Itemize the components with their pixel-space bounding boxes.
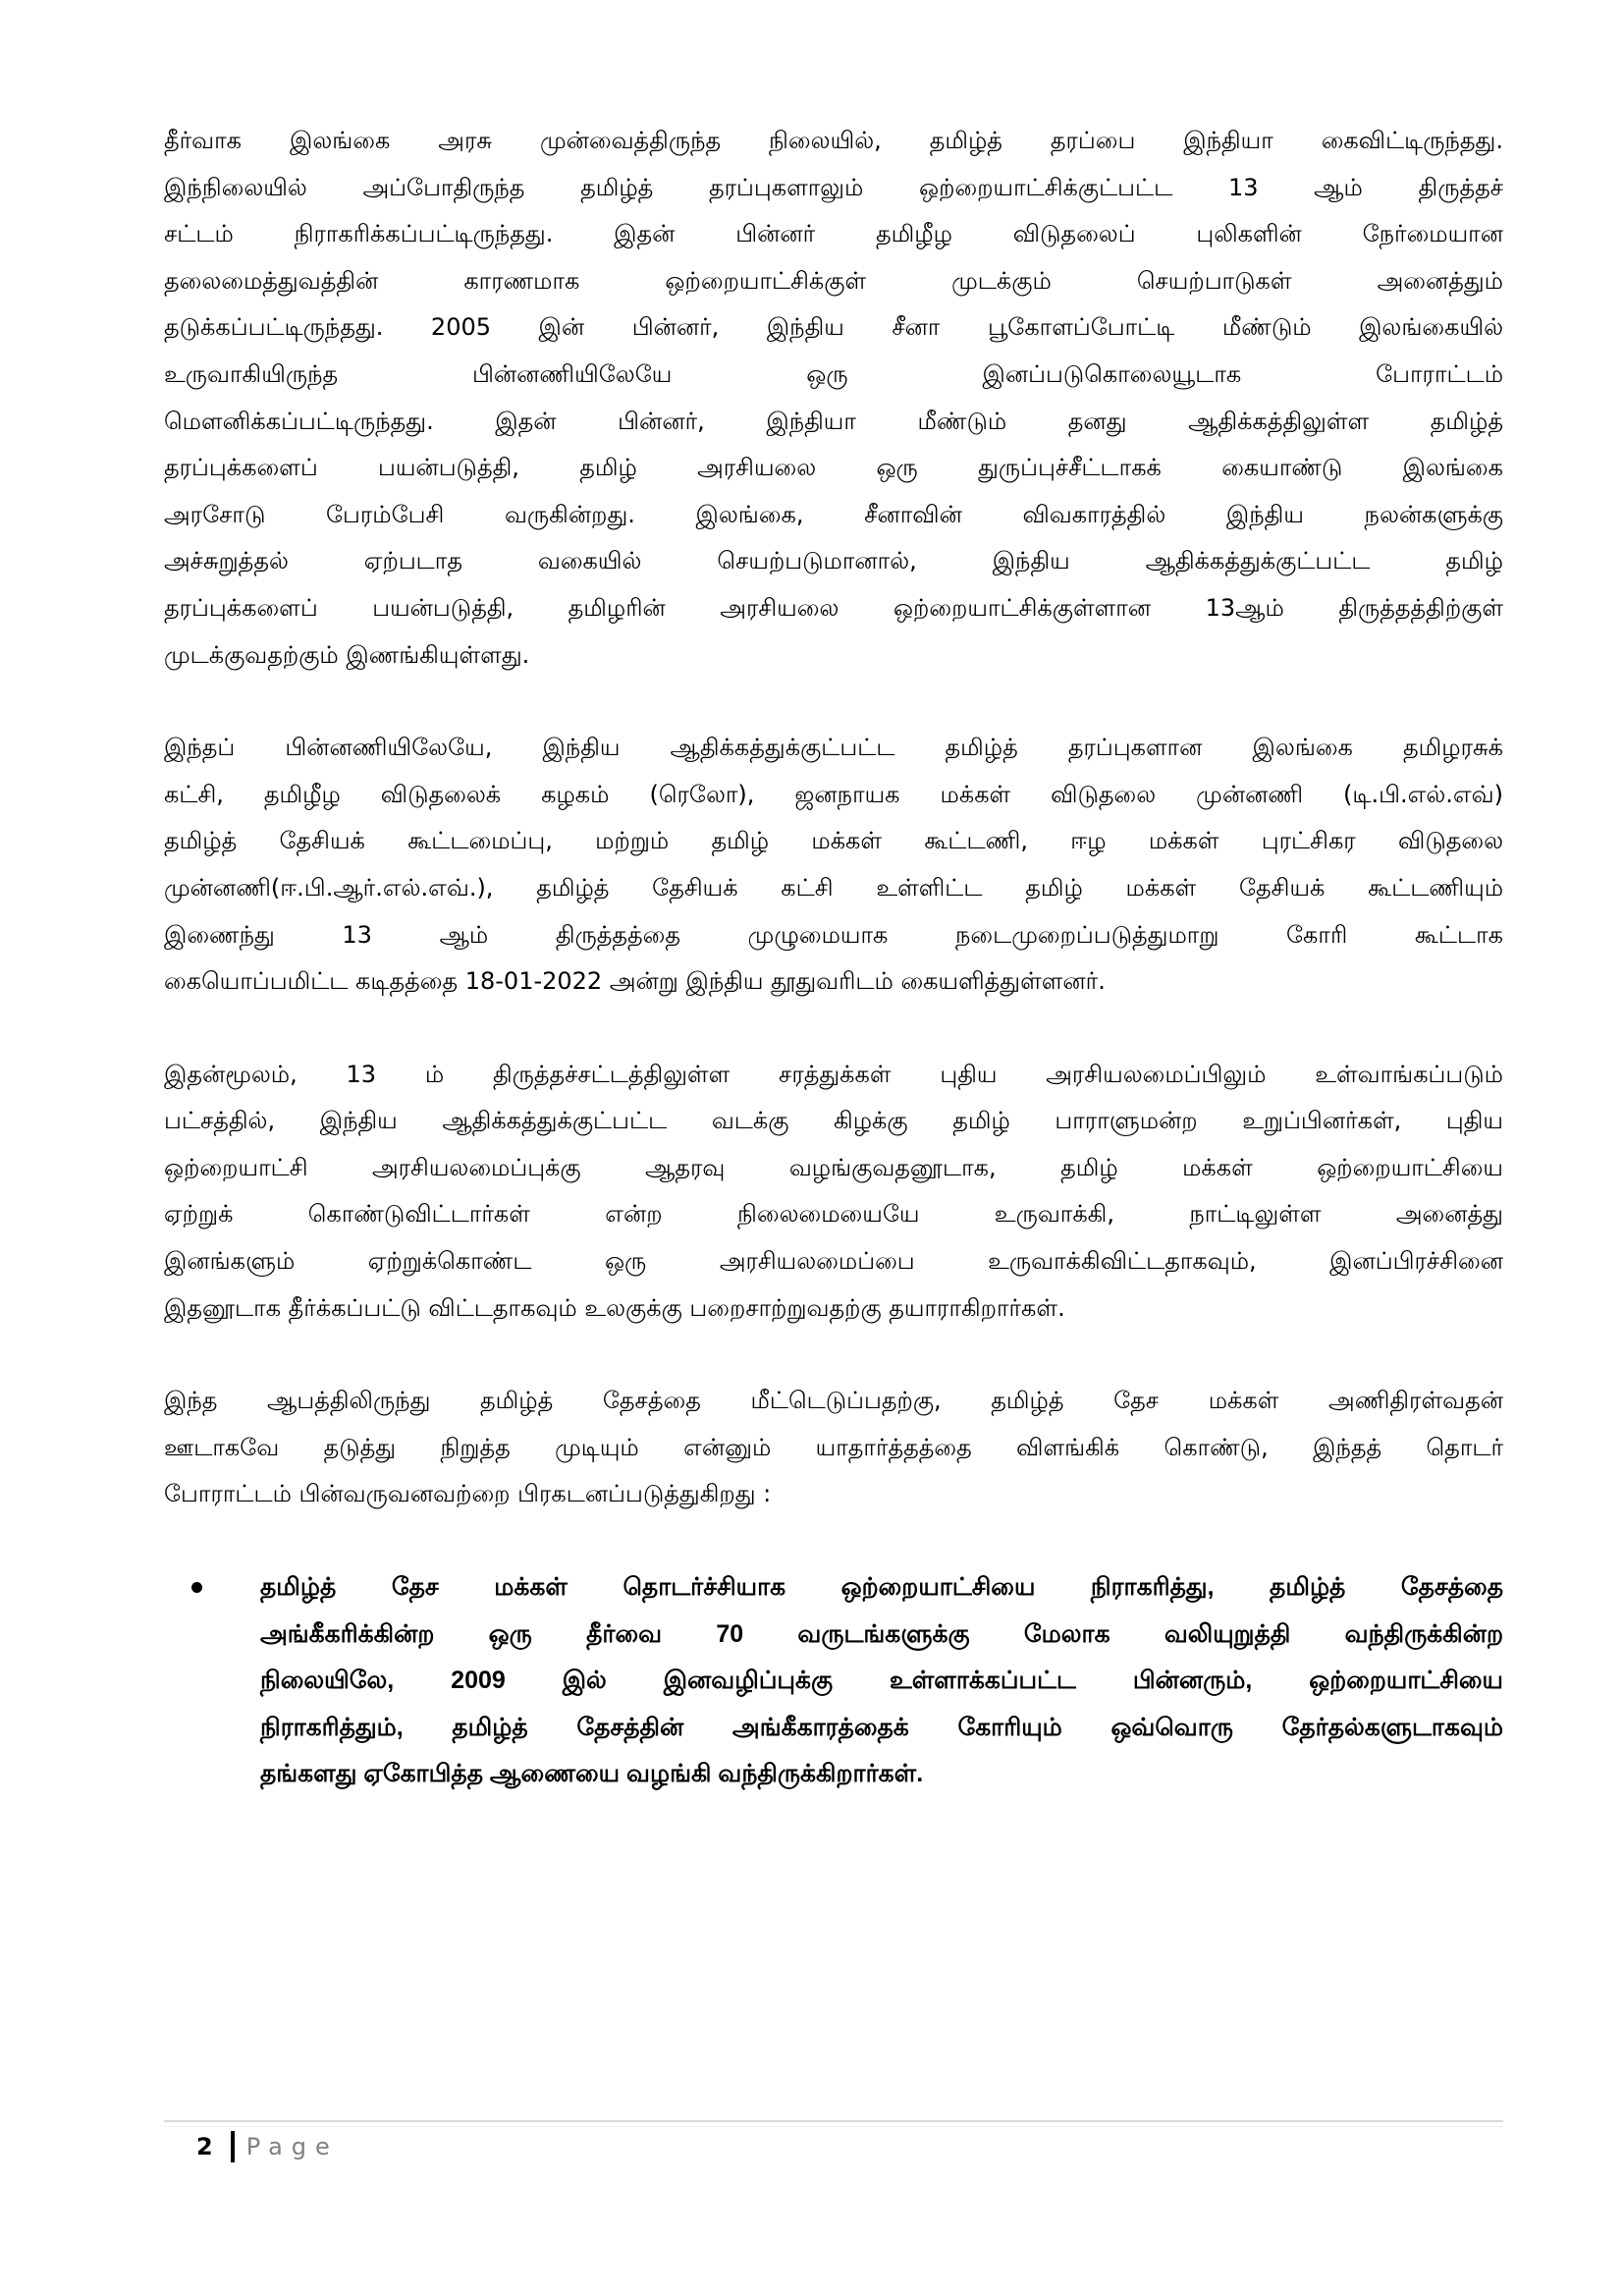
footer-separator	[231, 2131, 235, 2162]
text-line: அரசோடு பேரம்பேசி வருகின்றது. இலங்கை, சீன…	[164, 492, 1503, 539]
text-line: தங்களது ஏகோபித்த ஆணையை வழங்கி வந்திருக்க…	[260, 1751, 1503, 1798]
text-line: ஒற்றையாட்சி அரசியலமைப்புக்கு ஆதரவு வழங்க…	[164, 1145, 1503, 1192]
text-line: தரப்புக்களைப் பயன்படுத்தி, தமிழ் அரசியலை…	[164, 445, 1503, 492]
text-line: உருவாகியிருந்த பின்னணியிலேயே ஒரு இனப்படு…	[164, 352, 1503, 399]
footer-divider-shadow	[164, 2126, 1503, 2127]
text-line: சட்டம் நிராகரிக்கப்பட்டிருந்தது. இதன் பி…	[164, 211, 1503, 258]
document-page: தீர்வாக இலங்கை அரசு முன்வைத்திருந்த நிலை…	[0, 0, 1624, 2296]
text-line: ஏற்றுக் கொண்டுவிட்டார்கள் என்ற நிலைமையைய…	[164, 1191, 1503, 1238]
paragraph: இந்தப் பின்னணியிலேயே, இந்திய ஆதிக்கத்துக…	[164, 725, 1503, 1006]
text-line: இந்த ஆபத்திலிருந்து தமிழ்த் தேசத்தை மீட்…	[164, 1378, 1503, 1425]
text-line: அச்சுறுத்தல் ஏற்படாத வகையில் செயற்படுமான…	[164, 538, 1503, 585]
paragraph: இதன்மூலம், 13 ம் திருத்தச்சட்டத்திலுள்ள …	[164, 1052, 1503, 1333]
text-line: இந்நிலையில் அப்போதிருந்த தமிழ்த் தரப்புக…	[164, 165, 1503, 212]
text-line: தலைமைத்துவத்தின் காரணமாக ஒற்றையாட்சிக்கு…	[164, 258, 1503, 305]
paragraph: தீர்வாக இலங்கை அரசு முன்வைத்திருந்த நிலை…	[164, 118, 1503, 679]
text-line: இணைந்து 13 ஆம் திருத்தத்தை முழுமையாக நடை…	[164, 912, 1503, 959]
footer-divider	[164, 2120, 1503, 2122]
text-line: முடக்குவதற்கும் இணங்கியுள்ளது.	[164, 632, 1503, 680]
bullet-item: தமிழ்த் தேச மக்கள் தொடர்ச்சியாக ஒற்றையாட…	[164, 1564, 1503, 1798]
text-line: தீர்வாக இலங்கை அரசு முன்வைத்திருந்த நிலை…	[164, 118, 1503, 165]
text-line: அங்கீகரிக்கின்ற ஒரு தீர்வை 70 வருடங்களுக…	[260, 1612, 1503, 1659]
text-line: கையொப்பமிட்ட கடிதத்தை 18-01-2022 அன்று இ…	[164, 958, 1503, 1006]
text-line: முன்னணி(ஈ.பி.ஆர்.எல்.எவ்.), தமிழ்த் தேசி…	[164, 865, 1503, 912]
text-line: இந்தப் பின்னணியிலேயே, இந்திய ஆதிக்கத்துக…	[164, 725, 1503, 772]
page-label: Page	[246, 2131, 339, 2162]
text-line: மௌனிக்கப்பட்டிருந்தது. இதன் பின்னர், இந்…	[164, 399, 1503, 446]
bullet-dot-icon	[191, 1582, 202, 1593]
text-line: இனங்களும் ஏற்றுக்கொண்ட ஒரு அரசியலமைப்பை …	[164, 1238, 1503, 1285]
text-line: தடுக்கப்பட்டிருந்தது. 2005 இன் பின்னர், …	[164, 304, 1503, 352]
text-line: இதன்மூலம், 13 ம் திருத்தச்சட்டத்திலுள்ள …	[164, 1052, 1503, 1099]
page-number: 2	[196, 2131, 213, 2162]
document-body: தீர்வாக இலங்கை அரசு முன்வைத்திருந்த நிலை…	[164, 118, 1503, 1798]
text-line: நிலையிலே, 2009 இல் இனவழிப்புக்கு உள்ளாக்…	[260, 1658, 1503, 1705]
text-line: நிராகரித்தும், தமிழ்த் தேசத்தின் அங்கீகா…	[260, 1705, 1503, 1752]
text-line: கட்சி, தமிழீழ விடுதலைக் கழகம் (ரெலோ), ஜன…	[164, 772, 1503, 819]
text-line: பட்சத்தில், இந்திய ஆதிக்கத்துக்குட்பட்ட …	[164, 1098, 1503, 1145]
text-line: ஊடாகவே தடுத்து நிறுத்த முடியும் என்னும் …	[164, 1425, 1503, 1472]
text-line: தமிழ்த் தேசியக் கூட்டமைப்பு, மற்றும் தமி…	[164, 818, 1503, 865]
paragraph: இந்த ஆபத்திலிருந்து தமிழ்த் தேசத்தை மீட்…	[164, 1378, 1503, 1518]
paragraph-container: தீர்வாக இலங்கை அரசு முன்வைத்திருந்த நிலை…	[164, 118, 1503, 1518]
page-footer: 2 Page	[196, 2131, 339, 2162]
text-line: இதனூடாக தீர்க்கப்பட்டு விட்டதாகவும் உலகு…	[164, 1285, 1503, 1333]
text-line: போராட்டம் பின்வருவனவற்றை பிரகடனப்படுத்து…	[164, 1471, 1503, 1518]
text-line: தமிழ்த் தேச மக்கள் தொடர்ச்சியாக ஒற்றையாட…	[260, 1564, 1503, 1612]
bullet-list: தமிழ்த் தேச மக்கள் தொடர்ச்சியாக ஒற்றையாட…	[164, 1564, 1503, 1798]
text-line: தரப்புக்களைப் பயன்படுத்தி, தமிழரின் அரசி…	[164, 585, 1503, 632]
